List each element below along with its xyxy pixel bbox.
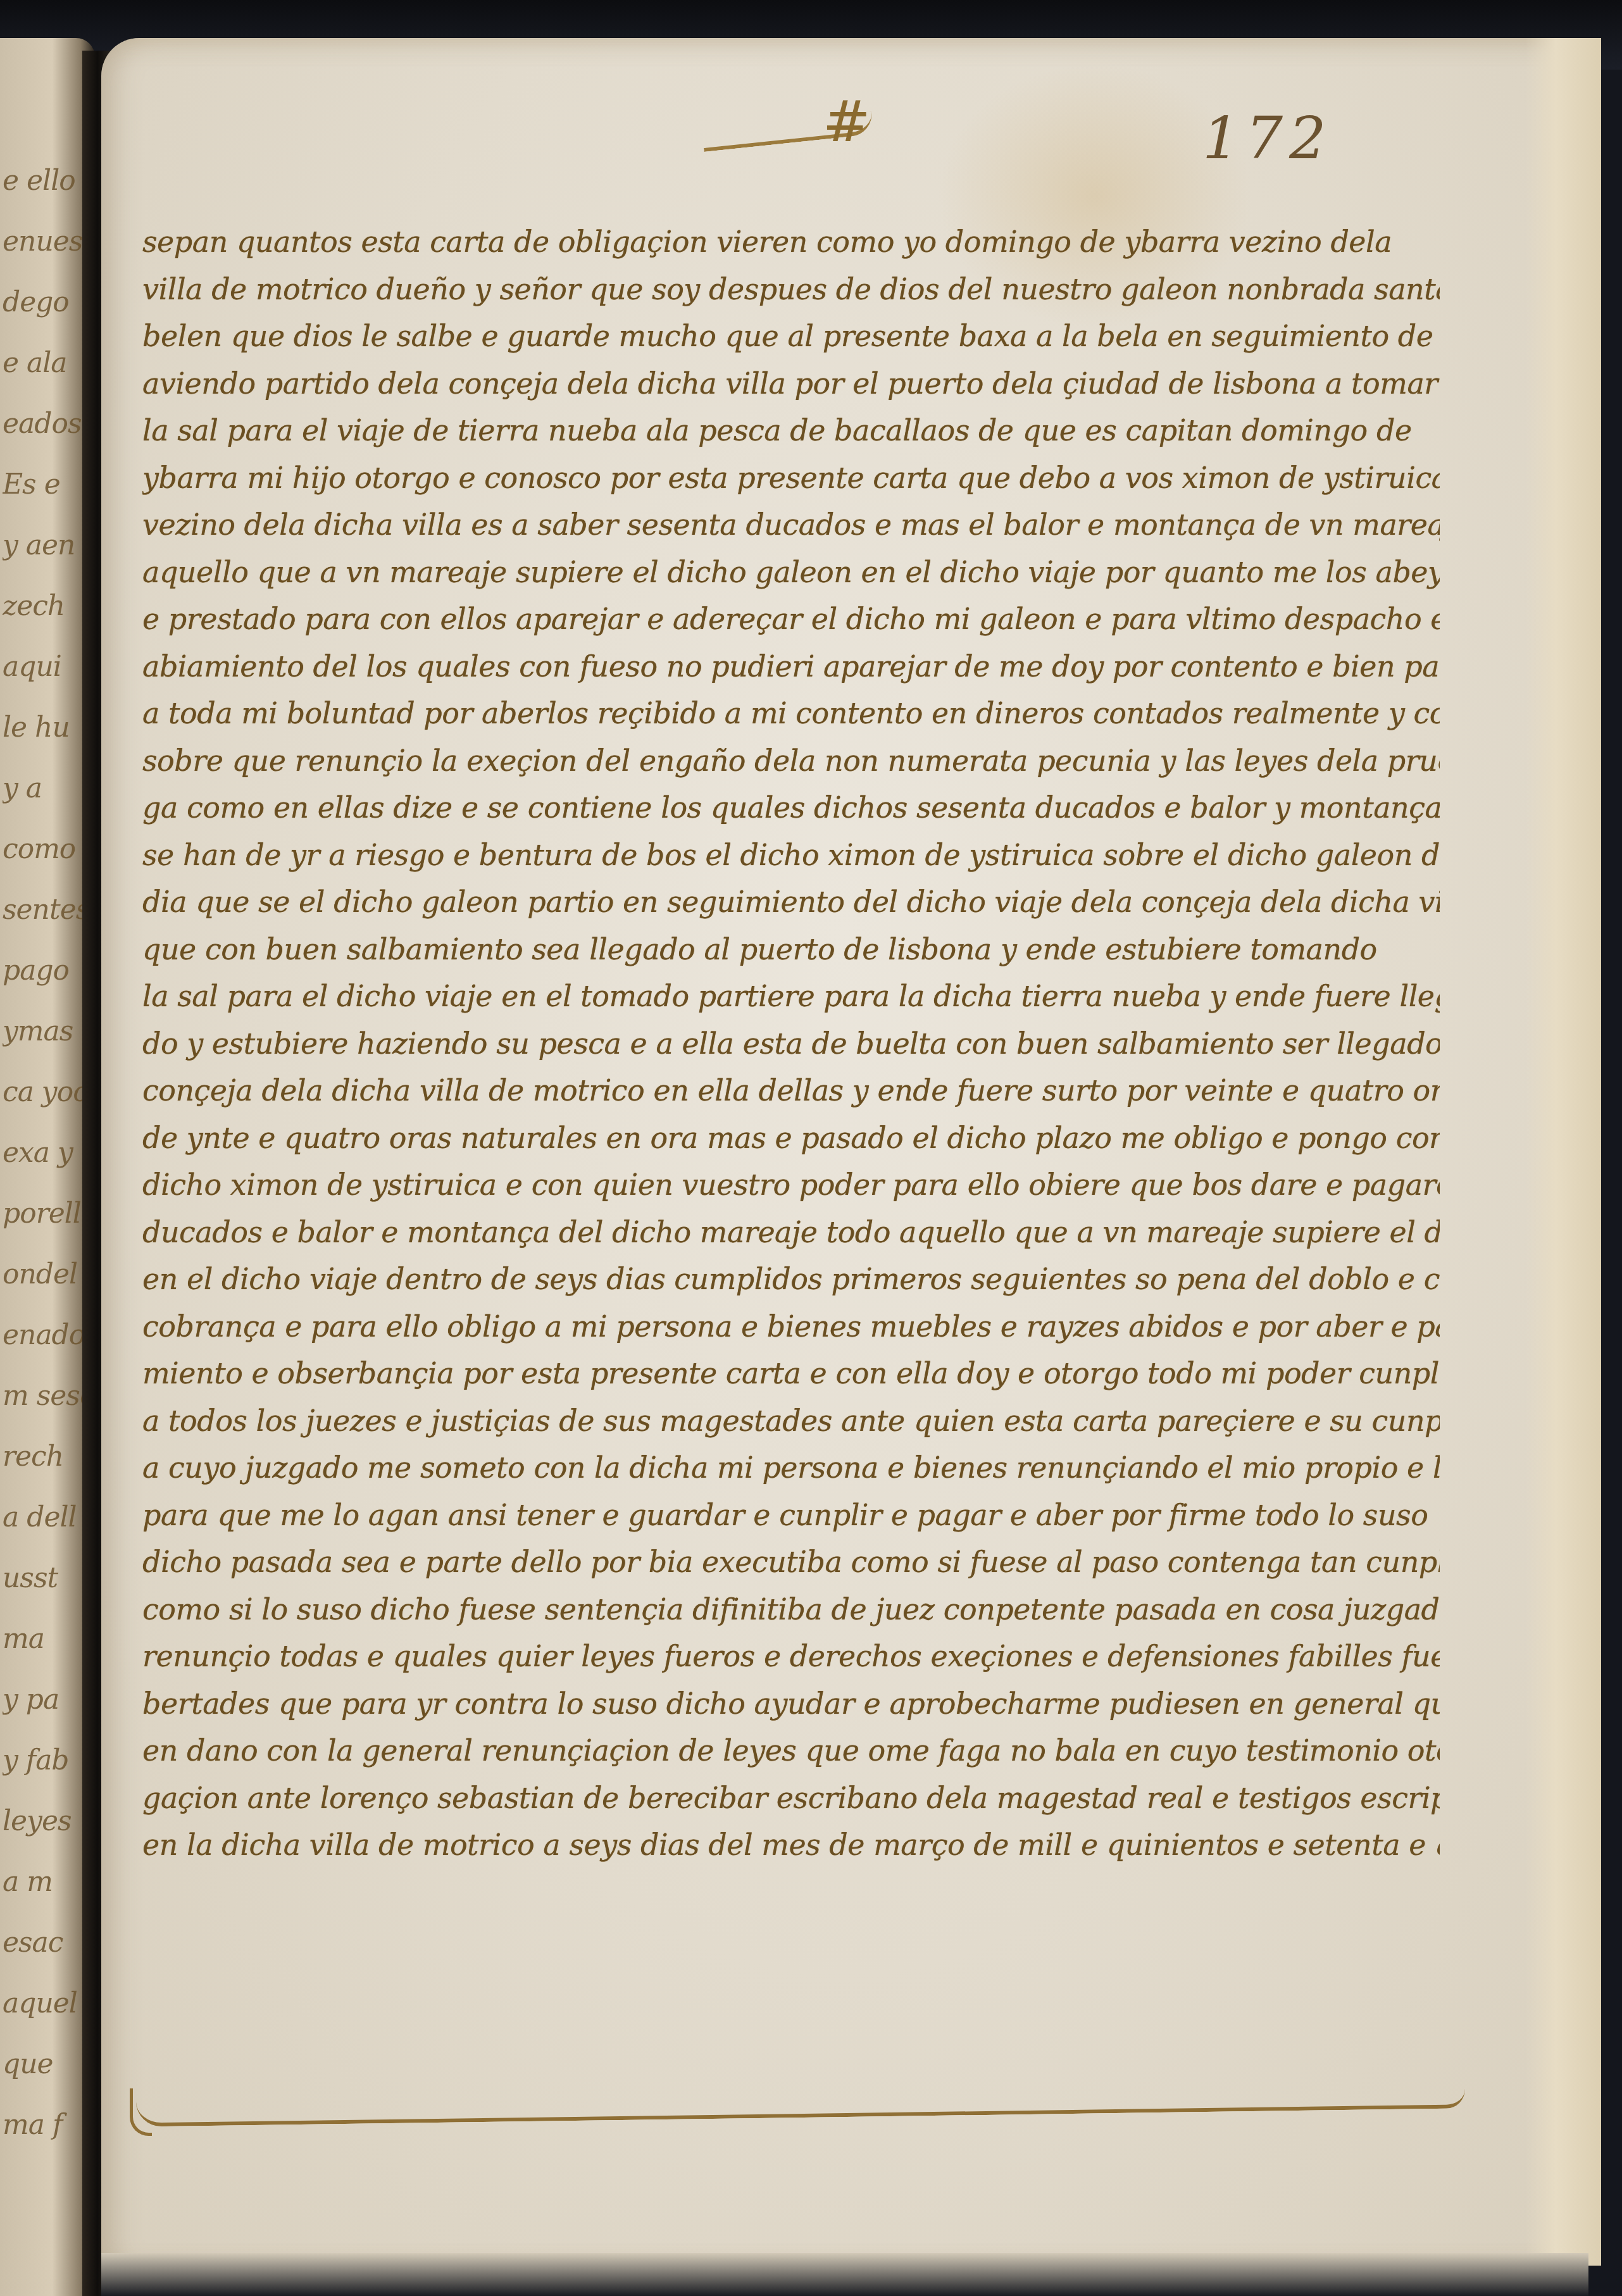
manuscript-line: a cuyo juzgado me someto con la dicha mi… (142, 1444, 1440, 1492)
manuscript-line: para que me lo agan ansi tener e guardar… (142, 1492, 1440, 1539)
margin-text-fragment: ymas (3, 1015, 91, 1047)
manuscript-line: que con buen salbamiento sea llegado al … (142, 926, 1440, 973)
manuscript-line: ybarra mi hijo otorgo e conosco por esta… (142, 454, 1440, 502)
manuscript-line: de ynte e quatro oras naturales en ora m… (142, 1114, 1440, 1162)
manuscript-line: a todos los juezes e justiçias de sus ma… (142, 1397, 1440, 1445)
manuscript-line: renunçio todas e quales quier leyes fuer… (142, 1633, 1440, 1680)
margin-text-fragment: y fab (3, 1744, 91, 1776)
folio-number: 172 (1202, 104, 1333, 172)
manuscript-line: cobrança e para ello obligo a mi persona… (142, 1303, 1440, 1351)
manuscript-line: dicho ximon de ystiruica e con quien vue… (142, 1161, 1440, 1209)
margin-text-fragment: e ello (3, 165, 91, 197)
margin-text-fragment: como (3, 833, 91, 865)
margin-text-fragment: Es e (3, 468, 91, 501)
manuscript-line: vezino dela dicha villa es a saber sesen… (142, 501, 1440, 549)
manuscript-line: ga como en ellas dize e se contiene los … (142, 784, 1440, 832)
margin-text-fragment: a m (3, 1866, 91, 1898)
margin-text-fragment: enado (3, 1319, 91, 1351)
margin-text-fragment: usst (3, 1562, 91, 1594)
manuscript-line: sepan quantos esta carta de obligaçion v… (142, 218, 1440, 266)
margin-text-fragment: porell (3, 1197, 91, 1230)
header-mark: # (823, 89, 870, 155)
margin-text-fragment: eados y (3, 408, 91, 440)
margin-text-fragment: enues (3, 225, 91, 258)
manuscript-line: belen que dios le salbe e guarde mucho q… (142, 313, 1440, 360)
manuscript-line: conçeja dela dicha villa de motrico en e… (142, 1067, 1440, 1114)
manuscript-line: abiamiento del los quales con fueso no p… (142, 643, 1440, 690)
margin-text-fragment: exa y (3, 1137, 91, 1169)
margin-text-fragment: zech (3, 590, 91, 622)
manuscript-line: villa de motrico dueño y señor que soy d… (142, 266, 1440, 313)
margin-text-fragment: y a (3, 772, 91, 804)
manuscript-line: aquello que a vn mareaje supiere el dich… (142, 549, 1440, 596)
margin-text-fragment: que (3, 2048, 91, 2080)
manuscript-line: la sal para el viaje de tierra nueba ala… (142, 407, 1440, 454)
manuscript-line: ducados e balor e montança del dicho mar… (142, 1209, 1440, 1256)
manuscript-line: la sal para el dicho viaje en el tomado … (142, 973, 1440, 1020)
margin-text-fragment: ondel (3, 1258, 91, 1290)
manuscript-line: como si lo suso dicho fuese sentençia di… (142, 1586, 1440, 1633)
margin-text-fragment: aqui (3, 651, 91, 683)
facing-folio-left: e elloenuesdegoe alaeados yEs ey aenzech… (0, 38, 95, 2296)
margin-text-fragment: esac (3, 1926, 91, 1959)
manuscript-line: e prestado para con ellos aparejar e ade… (142, 596, 1440, 643)
margin-text-fragment: y aen (3, 529, 91, 561)
margin-text-fragment: leyes (3, 1805, 91, 1837)
manuscript-line: en el dicho viaje dentro de seys dias cu… (142, 1256, 1440, 1303)
manuscript-line: se han de yr a riesgo e bentura de bos e… (142, 832, 1440, 879)
manuscript-line: aviendo partido dela conçeja dela dicha … (142, 360, 1440, 408)
margin-text-fragment: ma f (3, 2109, 91, 2141)
margin-text-fragment: m sese (3, 1380, 91, 1412)
manuscript-line: do y estubiere haziendo su pesca e a ell… (142, 1020, 1440, 1068)
manuscript-line: a toda mi boluntad por aberlos reçibido … (142, 690, 1440, 737)
margin-text-fragment: y pa (3, 1683, 91, 1716)
margin-text-fragment: rech (3, 1440, 91, 1473)
margin-text-fragment: pago (3, 954, 91, 987)
manuscript-line: dicho pasada sea e parte dello por bia e… (142, 1538, 1440, 1586)
margin-text-fragment: sentes (3, 894, 91, 926)
margin-text-fragment: e ala (3, 347, 91, 379)
manuscript-line: gaçion ante lorenço sebastian de berecib… (142, 1775, 1440, 1822)
margin-text-fragment: dego (3, 286, 91, 318)
manuscript-line: sobre que renunçio la exeçion del engaño… (142, 737, 1440, 785)
folio-bottom-edge (101, 2253, 1588, 2296)
margin-text-fragment: ca yoo (3, 1076, 91, 1108)
margin-text-fragment: a dell (3, 1501, 91, 1533)
manuscript-line: bertades que para yr contra lo suso dich… (142, 1680, 1440, 1728)
manuscript-line: miento e obserbançia por esta presente c… (142, 1350, 1440, 1397)
margin-text-fragment: ma (3, 1623, 91, 1655)
manuscript-text-block: sepan quantos esta carta de obligaçion v… (142, 218, 1440, 1869)
manuscript-line: en dano con la general renunçiaçion de l… (142, 1727, 1440, 1775)
margin-text-fragment: le hu (3, 711, 91, 744)
manuscript-line: en la dicha villa de motrico a seys dias… (142, 1821, 1440, 1869)
folio-right-edge (1525, 38, 1601, 2266)
margin-text-fragment: aquel (3, 1987, 91, 2019)
manuscript-line: dia que se el dicho galeon partio en seg… (142, 878, 1440, 926)
